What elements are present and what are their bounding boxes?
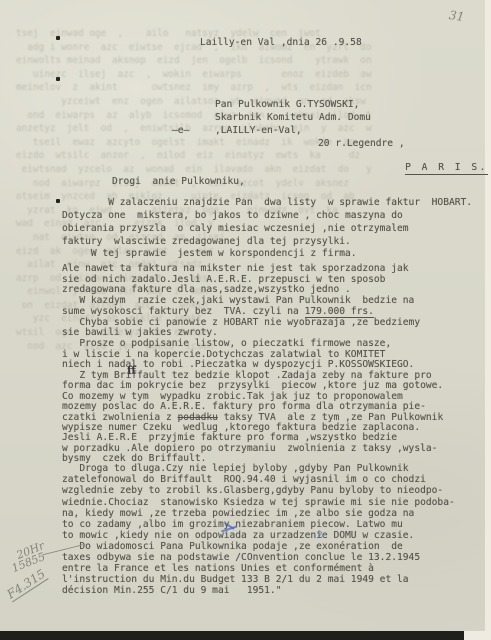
text-line: Dotycza one mikstera, bo jakos to dziwne…: [62, 209, 472, 222]
dateline: Lailly-en Val ,dnia 26 .9.58: [200, 37, 362, 48]
text-line: Droga to dluga.Czy nie lepiej byloby ,gd…: [62, 463, 455, 474]
salutation: Drogi anie Pulkowniku,: [112, 176, 245, 187]
typed-dashes: —e—: [172, 125, 189, 136]
text-line: tseil ewaz azcyto ogelst imakt einadz ik…: [16, 136, 476, 150]
recipient-name: Pan Pulkownik G.TYSOWSKI,: [215, 99, 359, 110]
text-line: wzglednie zeby to zrobil ks.Glasberg,gdy…: [62, 485, 455, 496]
handwritten-correction-ff: ff: [127, 364, 137, 378]
paragraph-1: W zalaczeniu znajdzie Pan dwa listy w sp…: [62, 196, 472, 248]
ink-dot: [56, 77, 60, 81]
text-line: Do wiadomosci Pana Pulkownika podaje ,ze…: [62, 541, 420, 552]
text-line: obierania przyszla o caly miesiac wczesn…: [62, 222, 472, 235]
ink-dot: [56, 36, 60, 40]
text-line: einwolts meinad aksnop eizd jen ogelb ic…: [16, 54, 476, 68]
paragraph-5: Droga to dluga.Czy nie lepiej byloby ,gd…: [62, 463, 455, 541]
text-line: taxes odbywa sie na podstawie /COnventio…: [62, 552, 420, 563]
photo-edge-bar: [0, 631, 464, 640]
text-line: décision Min.255 C/1 du 9 mai 1951.": [62, 585, 420, 596]
text-line: uinezc ilsej azc , wokin eiwarps enoz ei…: [16, 68, 476, 82]
paragraph-3: Ale nawet ta faktura na mikster nie jest…: [62, 264, 420, 371]
text-line: wiednie.Chociaz stanowisko Ksiedza w tej…: [62, 497, 455, 508]
recipient-place: ,LAILLY-en-Val,: [215, 125, 302, 136]
text-line: W zalaczeniu znajdzie Pan dwa listy w sp…: [62, 196, 472, 209]
text-line: zatelefonowal do Briffault ROQ.94.40 i w…: [62, 474, 455, 485]
ink-dot: [56, 199, 60, 203]
blue-ink-small-mark: 2: [317, 531, 323, 541]
text-line: to mowic ,kiedy nie on odpowiada za urza…: [62, 530, 455, 541]
text-line: meinelov z akint owtsnez imy azrp , wts …: [16, 81, 476, 95]
handwritten-page-number: 31: [448, 8, 465, 24]
paragraph-6: Do wiadomosci Pana Pulkownika podaje ,ze…: [62, 541, 420, 596]
city-underlined: P A R I S.: [405, 162, 488, 175]
text-line: entre la France et les nations Unies et …: [62, 563, 420, 574]
text-line: sume wysokosci faktury bez TVA. czyli na…: [62, 307, 420, 318]
paragraph-4: Z tym Briffault tez bedzie klopot .Zadaj…: [62, 371, 443, 465]
text-line: l'instruction du Min.du Budget 133 B 2/1…: [62, 574, 420, 585]
recipient-street: 20 r.Legendre ,: [318, 138, 405, 149]
recipient-title: Skarbnik Komitetu Adm. Domu: [215, 112, 371, 123]
paragraph-2: W tej sprawie jestem w korspondencji z f…: [62, 247, 357, 260]
text-line: W tej sprawie jestem w korspondencji z f…: [62, 247, 357, 260]
text-line: na, kiedy mowi ,ze trzeba powiedziec im …: [62, 508, 455, 519]
scanned-letter-photo: tsej einwad oge , ailo natsyz ydelw cen …: [0, 0, 491, 640]
text-line: to co zadamy ,albo im grozimy niezabrani…: [62, 519, 455, 530]
recipient-city: P A R I S.: [382, 151, 488, 184]
